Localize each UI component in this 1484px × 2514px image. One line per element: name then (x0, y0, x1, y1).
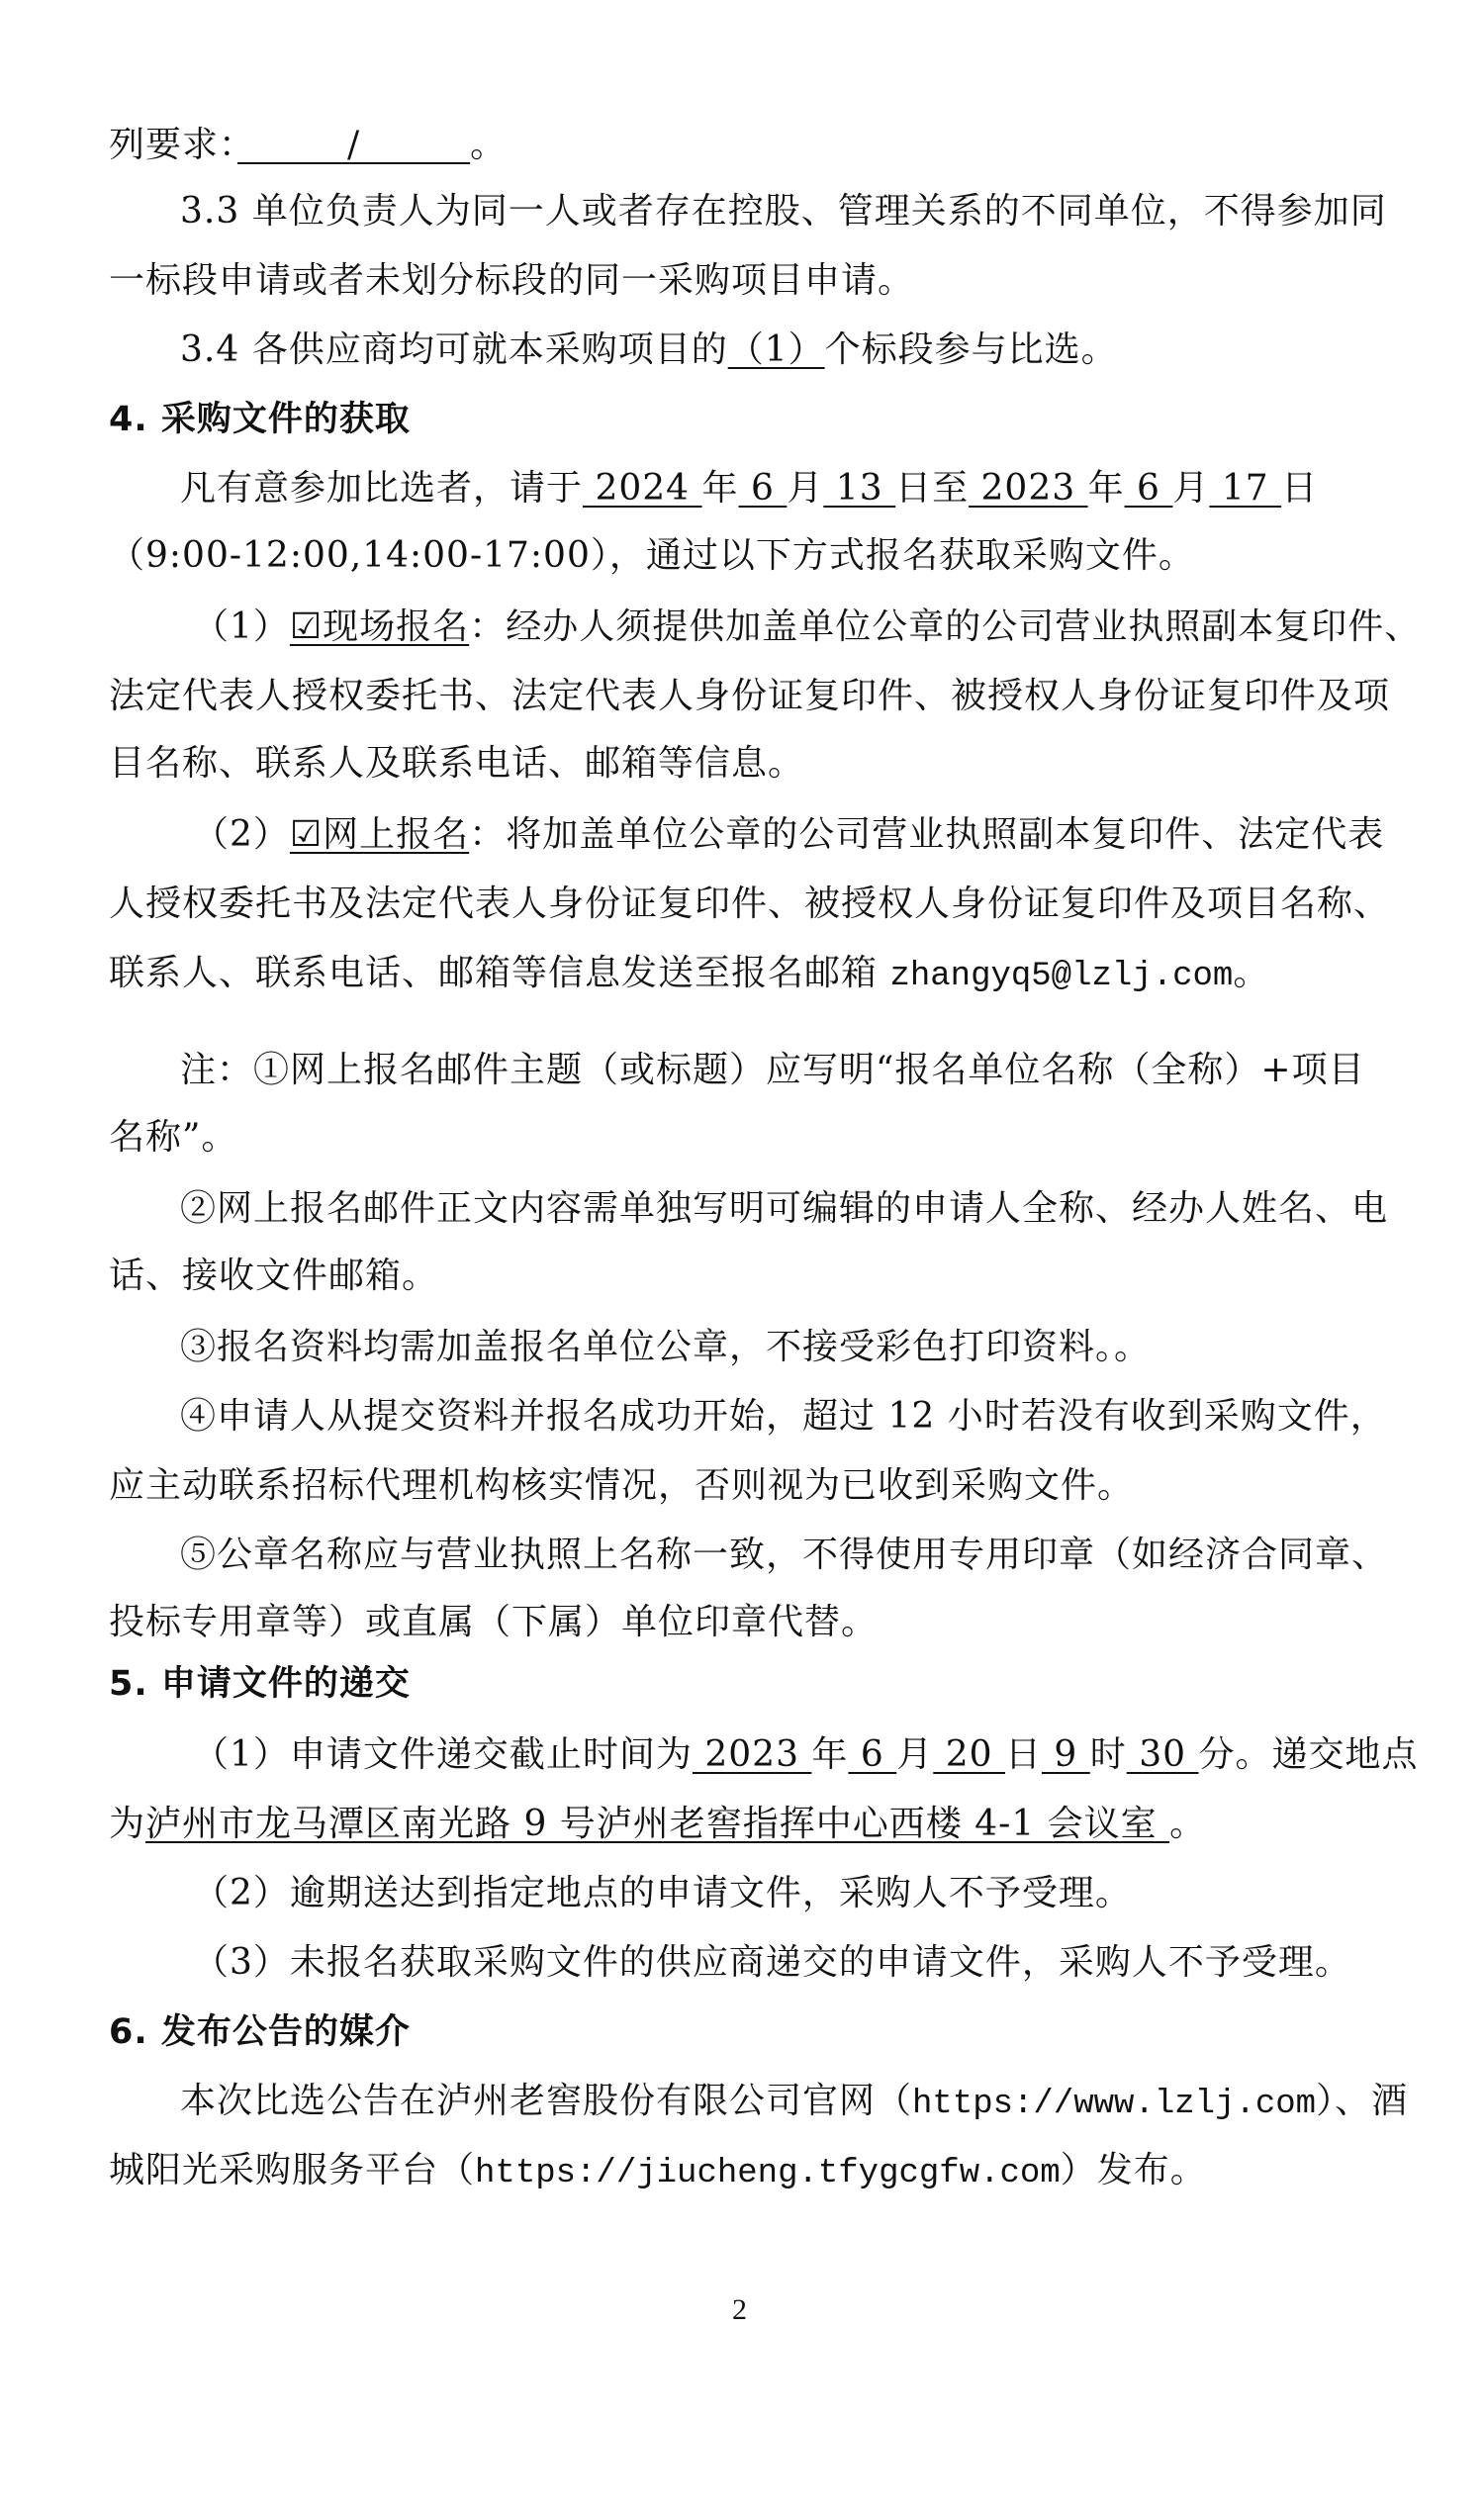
late-submission-rule: （2）逾期送达到指定地点的申请文件，采购人不予受理。 (193, 1872, 1479, 1915)
online-line-3: 联系人、联系电话、邮箱等信息发送至报名邮箱 zhangyq5@lzlj.com。 (109, 952, 1395, 998)
text: （1）申请文件递交截止时间为 (193, 1734, 693, 1775)
text: 日 (1005, 1734, 1042, 1775)
section-4-heading: 4. 采购文件的获取 (109, 398, 1395, 441)
text: 时 (1090, 1734, 1127, 1775)
registration-hours: （9:00-12:00,14:00-17:00），通过以下方式报名获取采购文件。 (109, 534, 1395, 578)
note-2-line-1: ②网上报名邮件正文内容需单独写明可编辑的申请人全称、经办人姓名、电 (180, 1187, 1466, 1231)
deadline-month: 6 (848, 1734, 896, 1775)
text: 月 (1172, 468, 1209, 509)
deadline-minute: 30 (1127, 1734, 1199, 1775)
start-day: 13 (823, 468, 895, 509)
platform-link[interactable]: https://jiucheng.tfygcgfw.com (475, 2155, 1061, 2192)
unregistered-rule: （3）未报名获取采购文件的供应商递交的申请文件，采购人不予受理。 (193, 1941, 1479, 1985)
onsite-line-2: 法定代表人授权委托书、法定代表人身份证复印件、被授权人身份证复印件及项 (109, 675, 1395, 718)
text: ）发布。 (1061, 2150, 1207, 2190)
note-3: ③报名资料均需加盖报名单位公章，不接受彩色打印资料。。 (180, 1326, 1466, 1369)
text: 联系人、联系电话、邮箱等信息发送至报名邮箱 (109, 953, 889, 993)
official-site-link[interactable]: https://www.lzlj.com (912, 2086, 1316, 2123)
document-page: 列要求： / 。 3.3 单位负责人为同一人或者存在控股、管理关系的不同单位，不… (0, 0, 1484, 2514)
clause-3-3-line-1: 3.3 单位负责人为同一人或者存在控股、管理关系的不同单位，不得参加同 (180, 190, 1466, 233)
section-6-heading: 6. 发布公告的媒介 (109, 2010, 1395, 2054)
text: ）、酒 (1316, 2081, 1408, 2121)
text: 个标段参与比选。 (825, 329, 1118, 370)
online-line-2: 人授权委托书及法定代表人身份证复印件、被授权人身份证复印件及项目名称、 (109, 883, 1395, 926)
note-2-line-2: 话、接收文件邮箱。 (109, 1255, 1395, 1298)
text: （1） (193, 606, 290, 647)
lot-count: （1） (728, 329, 825, 370)
registration-period: 凡有意参加比选者，请于 2024 年 6 月 13 日至 2023 年 6 月 … (180, 467, 1466, 511)
text: 分。递交地点 (1198, 1734, 1418, 1775)
start-year: 2024 (583, 468, 702, 509)
note-5-line-1: ⑤公章名称应与营业执照上名称一致，不得使用专用印章（如经济合同章、 (180, 1534, 1466, 1577)
text: 凡有意参加比选者，请于 (180, 468, 583, 509)
text: 3.4 各供应商均可就本采购项目的 (180, 329, 728, 370)
text: 月 (787, 468, 823, 509)
text: 为 (109, 1804, 145, 1844)
submission-location: 泸州市龙马潭区南光路 9 号泸州老窖指挥中心西楼 4-1 会议室 (145, 1804, 1169, 1844)
text: 城阳光采购服务平台（ (109, 2150, 475, 2190)
note-1-line-1: 注：①网上报名邮件主题（或标题）应写明“报名单位名称（全称）+项目 (180, 1049, 1466, 1092)
text: 日至 (895, 468, 969, 509)
text: （2） (193, 814, 290, 855)
page-number: 2 (732, 2293, 747, 2327)
text: ：将加盖单位公章的公司营业执照副本复印件、法定代表 (469, 814, 1384, 855)
deadline-hour: 9 (1042, 1734, 1090, 1775)
text: 列要求： (109, 125, 237, 165)
text: 月 (896, 1734, 933, 1775)
deadline-year: 2023 (693, 1734, 812, 1775)
text: 年 (811, 1734, 848, 1775)
media-line-1: 本次比选公告在泸州老窖股份有限公司官网（https://www.lzlj.com… (180, 2080, 1466, 2126)
start-month: 6 (739, 468, 788, 509)
onsite-checkbox-label: ☑现场报名 (290, 606, 469, 647)
end-day: 17 (1209, 468, 1281, 509)
clause-3-3-line-2: 一标段申请或者未划分标段的同一采购项目申请。 (109, 259, 1395, 303)
text: 年 (1088, 468, 1125, 509)
submission-location-line: 为泸州市龙马潭区南光路 9 号泸州老窖指挥中心西楼 4-1 会议室 。 (109, 1803, 1395, 1846)
end-month: 6 (1125, 468, 1173, 509)
text: 。 (1233, 953, 1269, 993)
text: ：经办人须提供加盖单位公章的公司营业执照副本复印件、 (469, 606, 1421, 647)
online-registration: （2）☑网上报名：将加盖单位公章的公司营业执照副本复印件、法定代表 (193, 813, 1479, 857)
section-5-heading: 5. 申请文件的递交 (109, 1662, 1395, 1706)
onsite-line-3: 目名称、联系人及联系电话、邮箱等信息。 (109, 742, 1395, 786)
blank-field: / (237, 125, 470, 165)
media-line-2: 城阳光采购服务平台（https://jiucheng.tfygcgfw.com）… (109, 2149, 1395, 2195)
note-1-line-2: 名称”。 (109, 1116, 1395, 1160)
registration-email: zhangyq5@lzlj.com (889, 958, 1233, 995)
text: 。 (1169, 1804, 1206, 1844)
note-4-line-2: 应主动联系招标代理机构核实情况，否则视为已收到采购文件。 (109, 1464, 1395, 1508)
text: 年 (702, 468, 739, 509)
requirement-line: 列要求： / 。 (109, 124, 1395, 167)
end-year: 2023 (969, 468, 1088, 509)
note-4-line-1: ④申请人从提交资料并报名成功开始，超过 12 小时若没有收到采购文件， (180, 1395, 1466, 1439)
clause-3-4: 3.4 各供应商均可就本采购项目的（1）个标段参与比选。 (180, 328, 1466, 372)
text: 。 (470, 125, 507, 165)
deadline-line: （1）申请文件递交截止时间为 2023 年 6 月 20 日 9 时 30 分。… (193, 1733, 1479, 1777)
note-5-line-2: 投标专用章等）或直属（下属）单位印章代替。 (109, 1601, 1395, 1644)
deadline-day: 20 (933, 1734, 1005, 1775)
online-checkbox-label: ☑网上报名 (290, 814, 469, 855)
text: 本次比选公告在泸州老窖股份有限公司官网（ (180, 2081, 912, 2121)
text: 日 (1281, 468, 1318, 509)
onsite-registration: （1）☑现场报名：经办人须提供加盖单位公章的公司营业执照副本复印件、 (193, 605, 1479, 649)
